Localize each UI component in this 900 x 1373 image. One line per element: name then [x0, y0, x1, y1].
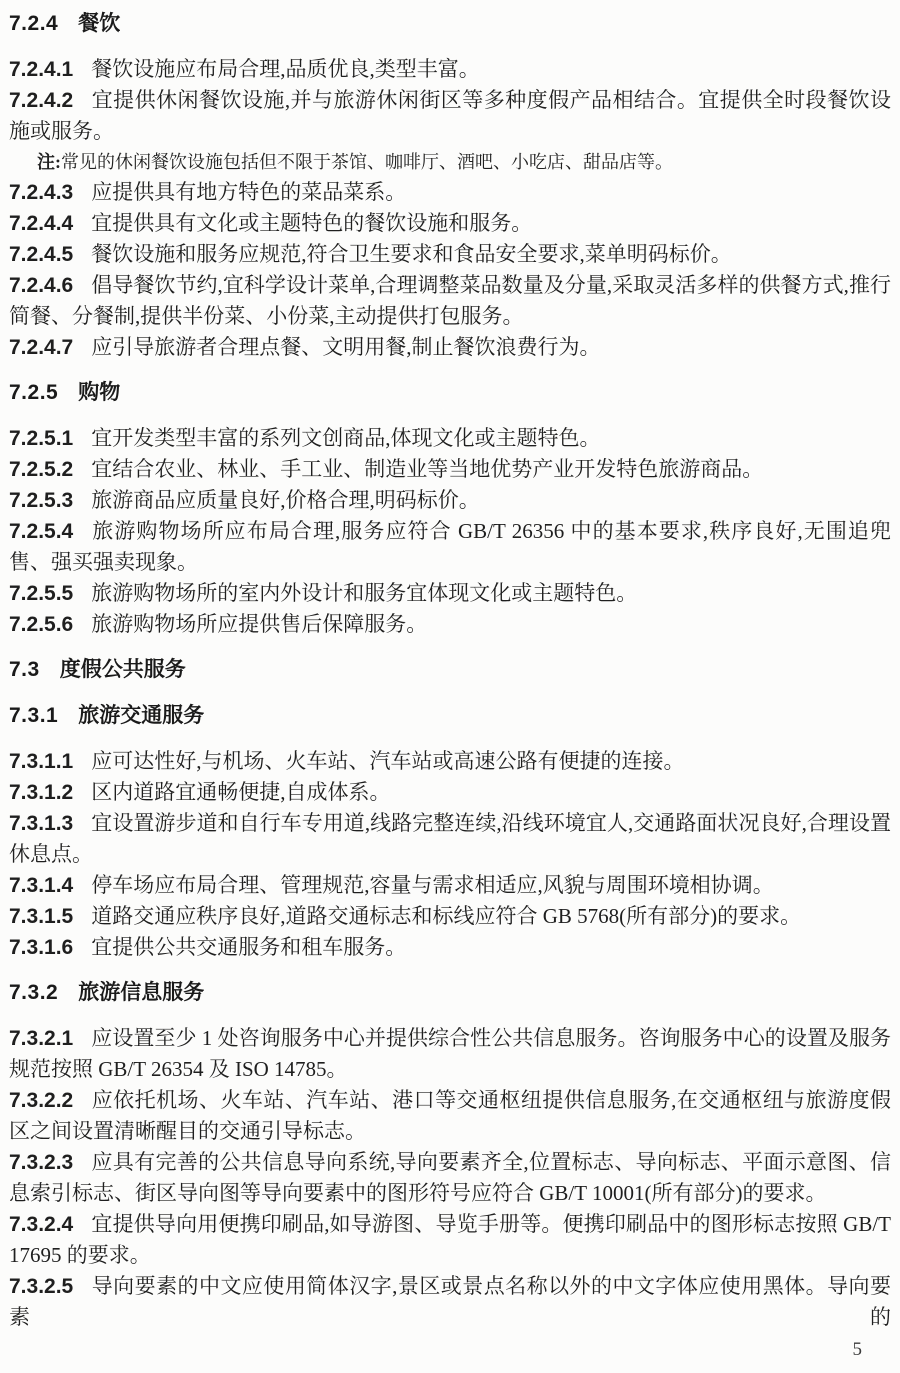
clause-7242: 7.2.4.2宜提供休闲餐饮设施,并与旅游休闲街区等多种度假产品相结合。宜提供全…	[9, 85, 891, 147]
section-title: 旅游交通服务	[78, 704, 204, 727]
clause-number: 7.3.1.6	[9, 936, 91, 959]
clause-text: 应具有完善的公共信息导向系统,导向要素齐全,位置标志、导向标志、平面示意图、信息…	[9, 1150, 891, 1205]
clause-number: 7.3.2.5	[9, 1275, 91, 1298]
clause-text: 宜提供导向用便携印刷品,如导游图、导览手册等。便携印刷品中的图形标志按照 GB/…	[9, 1212, 891, 1267]
clause-text: 宜设置游步道和自行车专用道,线路完整连续,沿线环境宜人,交通路面状况良好,合理设…	[9, 811, 891, 866]
clause-7254: 7.2.5.4旅游购物场所应布局合理,服务应符合 GB/T 26356 中的基本…	[9, 516, 891, 578]
clause-number: 7.3.1.5	[9, 905, 91, 928]
clause-7325: 7.3.2.5导向要素的中文应使用简体汉字,景区或景点名称以外的中文字体应使用黑…	[9, 1271, 891, 1333]
clause-number: 7.3.2.2	[9, 1089, 91, 1112]
clause-7324: 7.3.2.4宜提供导向用便携印刷品,如导游图、导览手册等。便携印刷品中的图形标…	[9, 1209, 891, 1271]
section-heading-731: 7.3.1旅游交通服务	[9, 700, 891, 732]
clause-text: 应可达性好,与机场、火车站、汽车站或高速公路有便捷的连接。	[91, 749, 684, 773]
clause-7252: 7.2.5.2宜结合农业、林业、手工业、制造业等当地优势产业开发特色旅游商品。	[9, 454, 891, 485]
clause-7311: 7.3.1.1应可达性好,与机场、火车站、汽车站或高速公路有便捷的连接。	[9, 746, 891, 777]
section-heading-725: 7.2.5购物	[9, 377, 891, 409]
clause-number: 7.3.2.1	[9, 1027, 91, 1050]
clause-7246: 7.2.4.6倡导餐饮节约,宜科学设计菜单,合理调整菜品数量及分量,采取灵活多样…	[9, 270, 891, 332]
clause-7313: 7.3.1.3宜设置游步道和自行车专用道,线路完整连续,沿线环境宜人,交通路面状…	[9, 808, 891, 870]
clause-text: 道路交通应秩序良好,道路交通标志和标线应符合 GB 5768(所有部分)的要求。	[91, 904, 801, 928]
clause-number: 7.3.1.2	[9, 781, 91, 804]
section-number: 7.3	[9, 658, 60, 681]
clause-number: 7.3.2.4	[9, 1213, 91, 1236]
section-heading-732: 7.3.2旅游信息服务	[9, 977, 891, 1009]
page-number: 5	[853, 1339, 863, 1360]
page-footer: 5	[853, 1339, 863, 1361]
clause-text: 旅游购物场所的室内外设计和服务宜体现文化或主题特色。	[91, 581, 637, 605]
clause-7321: 7.3.2.1应设置至少 1 处咨询服务中心并提供综合性公共信息服务。咨询服务中…	[9, 1023, 891, 1085]
clause-7243: 7.2.4.3应提供具有地方特色的菜品菜系。	[9, 177, 891, 208]
clause-7251: 7.2.5.1宜开发类型丰富的系列文创商品,体现文化或主题特色。	[9, 423, 891, 454]
clause-number: 7.2.5.6	[9, 613, 91, 636]
clause-text: 餐饮设施和服务应规范,符合卫生要求和食品安全要求,菜单明码标价。	[91, 242, 732, 266]
section-number: 7.3.2	[9, 981, 78, 1004]
note-7242: 注:常见的休闲餐饮设施包括但不限于茶馆、咖啡厅、酒吧、小吃店、甜品店等。	[9, 147, 891, 177]
clause-7245: 7.2.4.5餐饮设施和服务应规范,符合卫生要求和食品安全要求,菜单明码标价。	[9, 239, 891, 270]
section-number: 7.2.4	[9, 12, 78, 35]
section-title: 旅游信息服务	[78, 981, 204, 1004]
clause-text: 宜提供休闲餐饮设施,并与旅游休闲街区等多种度假产品相结合。宜提供全时段餐饮设施或…	[9, 88, 891, 143]
clause-text: 宜结合农业、林业、手工业、制造业等当地优势产业开发特色旅游商品。	[91, 457, 763, 481]
clause-text: 应引导旅游者合理点餐、文明用餐,制止餐饮浪费行为。	[91, 335, 600, 359]
section-number: 7.3.1	[9, 704, 78, 727]
clause-7253: 7.2.5.3旅游商品应质量良好,价格合理,明码标价。	[9, 485, 891, 516]
clause-text: 停车场应布局合理、管理规范,容量与需求相适应,风貌与周围环境相协调。	[91, 873, 774, 897]
clause-number: 7.2.5.3	[9, 489, 91, 512]
document-page: { "page": { "number": "5" }, "sections":…	[0, 0, 900, 1373]
clause-7244: 7.2.4.4宜提供具有文化或主题特色的餐饮设施和服务。	[9, 208, 891, 239]
section-number: 7.2.5	[9, 381, 78, 404]
note-label: 注:	[37, 152, 61, 172]
clause-text: 宜提供具有文化或主题特色的餐饮设施和服务。	[91, 211, 532, 235]
clause-text: 旅游商品应质量良好,价格合理,明码标价。	[91, 488, 480, 512]
clause-text: 应依托机场、火车站、汽车站、港口等交通枢纽提供信息服务,在交通枢纽与旅游度假区之…	[9, 1088, 891, 1143]
clause-text: 倡导餐饮节约,宜科学设计菜单,合理调整菜品数量及分量,采取灵活多样的供餐方式,推…	[9, 273, 891, 328]
clause-7314: 7.3.1.4停车场应布局合理、管理规范,容量与需求相适应,风貌与周围环境相协调…	[9, 870, 891, 901]
clause-number: 7.3.1.1	[9, 750, 91, 773]
clause-number: 7.2.4.4	[9, 212, 91, 235]
clause-number: 7.2.4.2	[9, 89, 91, 112]
clause-text: 宜开发类型丰富的系列文创商品,体现文化或主题特色。	[91, 426, 600, 450]
clause-text: 应提供具有地方特色的菜品菜系。	[91, 180, 406, 204]
clause-7256: 7.2.5.6旅游购物场所应提供售后保障服务。	[9, 609, 891, 640]
section-title: 度假公共服务	[60, 658, 186, 681]
clause-7323: 7.3.2.3应具有完善的公共信息导向系统,导向要素齐全,位置标志、导向标志、平…	[9, 1147, 891, 1209]
clause-7312: 7.3.1.2区内道路宜通畅便捷,自成体系。	[9, 777, 891, 808]
clause-text: 区内道路宜通畅便捷,自成体系。	[91, 780, 390, 804]
clause-7322: 7.3.2.2应依托机场、火车站、汽车站、港口等交通枢纽提供信息服务,在交通枢纽…	[9, 1085, 891, 1147]
clause-number: 7.2.4.3	[9, 181, 91, 204]
clause-number: 7.2.4.6	[9, 274, 91, 297]
clause-number: 7.3.2.3	[9, 1151, 91, 1174]
section-heading-724: 7.2.4餐饮	[9, 8, 891, 40]
clause-number: 7.2.4.1	[9, 58, 91, 81]
clause-text: 应设置至少 1 处咨询服务中心并提供综合性公共信息服务。咨询服务中心的设置及服务…	[9, 1026, 891, 1081]
section-title: 购物	[78, 381, 120, 404]
clause-number: 7.2.4.5	[9, 243, 91, 266]
clause-7316: 7.3.1.6宜提供公共交通服务和租车服务。	[9, 932, 891, 963]
note-text: 常见的休闲餐饮设施包括但不限于茶馆、咖啡厅、酒吧、小吃店、甜品店等。	[61, 152, 673, 172]
clause-number: 7.2.4.7	[9, 336, 91, 359]
clause-7255: 7.2.5.5旅游购物场所的室内外设计和服务宜体现文化或主题特色。	[9, 578, 891, 609]
clause-7315: 7.3.1.5道路交通应秩序良好,道路交通标志和标线应符合 GB 5768(所有…	[9, 901, 891, 932]
clause-number: 7.2.5.2	[9, 458, 91, 481]
section-heading-73: 7.3度假公共服务	[9, 654, 891, 686]
clause-7247: 7.2.4.7应引导旅游者合理点餐、文明用餐,制止餐饮浪费行为。	[9, 332, 891, 363]
clause-text: 宜提供公共交通服务和租车服务。	[91, 935, 406, 959]
standard-document-body: 7.2.4餐饮 7.2.4.1餐饮设施应布局合理,品质优良,类型丰富。 7.2.…	[9, 8, 891, 1333]
clause-number: 7.3.1.3	[9, 812, 91, 835]
clause-number: 7.2.5.5	[9, 582, 91, 605]
clause-text: 旅游购物场所应布局合理,服务应符合 GB/T 26356 中的基本要求,秩序良好…	[9, 519, 891, 574]
clause-number: 7.3.1.4	[9, 874, 91, 897]
clause-text: 餐饮设施应布局合理,品质优良,类型丰富。	[91, 57, 480, 81]
clause-text: 导向要素的中文应使用简体汉字,景区或景点名称以外的中文字体应使用黑体。导向要素的	[9, 1274, 891, 1329]
clause-text: 旅游购物场所应提供售后保障服务。	[91, 612, 427, 636]
clause-7241: 7.2.4.1餐饮设施应布局合理,品质优良,类型丰富。	[9, 54, 891, 85]
clause-number: 7.2.5.1	[9, 427, 91, 450]
clause-number: 7.2.5.4	[9, 520, 91, 543]
section-title: 餐饮	[78, 12, 120, 35]
